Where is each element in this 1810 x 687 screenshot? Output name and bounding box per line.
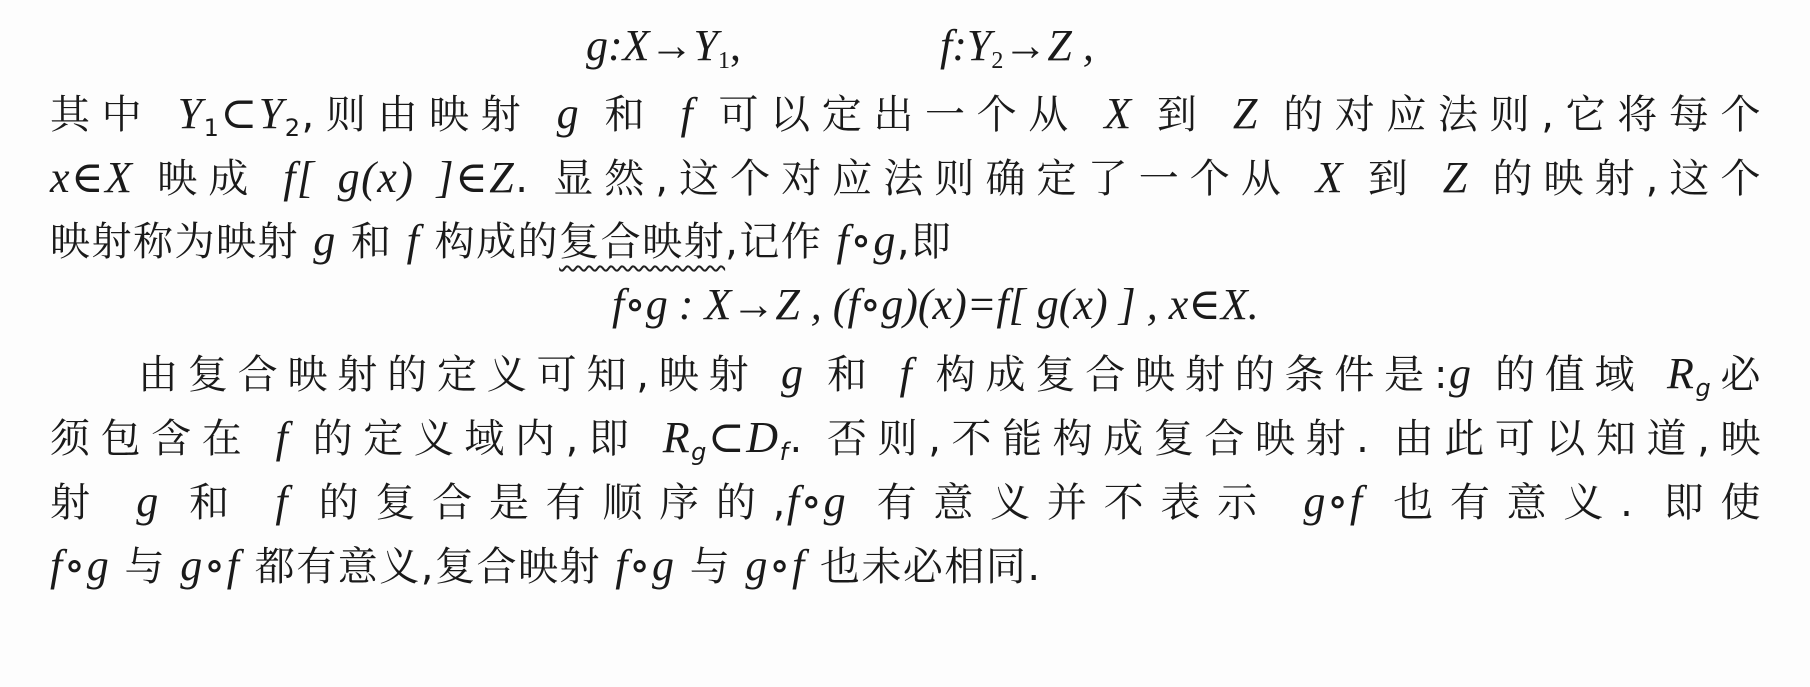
math: f∘g bbox=[50, 541, 110, 590]
text: . 显然,这个对应法则确定了一个从 bbox=[515, 156, 1315, 202]
math: g bbox=[781, 349, 805, 398]
math: f∘g bbox=[837, 216, 897, 265]
math: g∘f bbox=[745, 541, 805, 590]
formula-text: f:Y bbox=[940, 21, 991, 70]
text: 的复合是有顺序的, bbox=[289, 480, 787, 526]
paragraph-2-line-3: 射 g 和 f 的复合是有顺序的,f∘g 有意义并不表示 g∘f 也有意义. 即… bbox=[50, 470, 1762, 534]
math: g bbox=[557, 89, 581, 138]
text: 和 bbox=[160, 480, 276, 526]
math: X bbox=[105, 153, 133, 202]
text: 与 bbox=[110, 544, 180, 590]
paragraph-1-line-3: 映射称为映射 g 和 f 构成的复合映射,记作 f∘g,即 bbox=[50, 209, 1762, 273]
formula-mapping-g: g:X→Y1, bbox=[586, 14, 741, 78]
math: g∘f bbox=[1303, 477, 1363, 526]
formula-text: , bbox=[730, 21, 741, 70]
text: ,即 bbox=[897, 219, 953, 265]
text: 都有意义,复合映射 bbox=[241, 544, 616, 590]
textbook-page: g:X→Y1, f:Y2→Z , 其中 Y1⊂Y2,则由映射 g 和 f 可以定… bbox=[0, 0, 1810, 687]
text: 有意义并不表示 bbox=[847, 480, 1303, 526]
text: 构成的 bbox=[420, 219, 559, 265]
math: g bbox=[136, 477, 160, 526]
math: ∈ bbox=[455, 153, 489, 202]
text: 到 bbox=[1133, 92, 1233, 138]
formula-composite-definition: f∘g : X→Z , (f∘g)(x)=f[ g(x) ] , x∈X. bbox=[612, 273, 1259, 337]
paragraph-1-line-2: x∈X 映成 f[ g(x) ]∈Z. 显然,这个对应法则确定了一个从 X 到 … bbox=[50, 146, 1762, 210]
math: g∘f bbox=[180, 541, 240, 590]
text: 可以定出一个从 bbox=[694, 92, 1104, 138]
text: 到 bbox=[1344, 156, 1443, 202]
math: f∘g bbox=[615, 541, 675, 590]
formula-text: g:X→Y bbox=[586, 21, 718, 70]
text: 映成 bbox=[134, 156, 284, 202]
text: 必 bbox=[1712, 352, 1762, 398]
subscript: 1 bbox=[204, 114, 221, 142]
text: 和 bbox=[580, 92, 680, 138]
math: f bbox=[276, 413, 290, 462]
math: x bbox=[50, 153, 71, 202]
text: 的定义域内,即 bbox=[289, 416, 662, 462]
math: X bbox=[1104, 89, 1132, 138]
text: 的映射,这个 bbox=[1469, 156, 1762, 202]
paragraph-1-line-1: 其中 Y1⊂Y2,则由映射 g 和 f 可以定出一个从 X 到 Z 的对应法则,… bbox=[50, 82, 1762, 146]
subscript: g bbox=[691, 438, 708, 466]
math: f bbox=[680, 89, 694, 138]
math: g bbox=[1449, 349, 1473, 398]
text: ,则由映射 bbox=[301, 92, 556, 138]
math: Y bbox=[178, 89, 204, 138]
math: ⊂ bbox=[220, 89, 258, 138]
math: ⊂ bbox=[708, 413, 746, 462]
subscript: 1 bbox=[718, 48, 730, 74]
text: 须包含在 bbox=[50, 416, 276, 462]
math: Z bbox=[489, 153, 515, 202]
text: 映射称为映射 bbox=[50, 219, 313, 265]
text: 其中 bbox=[50, 92, 178, 138]
math: X bbox=[1316, 153, 1344, 202]
text: 由复合映射的定义可知,映射 bbox=[138, 352, 781, 398]
paragraph-2-line-1: 由复合映射的定义可知,映射 g 和 f 构成复合映射的条件是:g 的值域 Rg必 bbox=[50, 342, 1762, 406]
paragraph-2-line-2: 须包含在 f 的定义域内,即 Rg⊂Df. 否则,不能构成复合映射. 由此可以知… bbox=[50, 406, 1762, 470]
math: ∈ bbox=[71, 153, 105, 202]
subscript: 2 bbox=[991, 48, 1003, 74]
math: Z bbox=[1443, 153, 1469, 202]
text: 也有意义. 即使 bbox=[1364, 480, 1762, 526]
subscript: 2 bbox=[285, 114, 302, 142]
math: f bbox=[275, 477, 289, 526]
math: g bbox=[313, 216, 337, 265]
text: . 否则,不能构成复合映射. 由此可以知道,映 bbox=[790, 416, 1762, 462]
text: 与 bbox=[675, 544, 745, 590]
text: ,记作 bbox=[725, 219, 836, 265]
subscript: g bbox=[1695, 374, 1712, 402]
formula-text: f∘g : X→Z , (f∘g)(x)=f[ g(x) ] , x∈X. bbox=[612, 280, 1259, 329]
math: R bbox=[663, 413, 691, 462]
math: f∘g bbox=[787, 477, 847, 526]
formula-text: →Z , bbox=[1003, 21, 1093, 70]
math: f bbox=[899, 349, 913, 398]
formula-mapping-f: f:Y2→Z , bbox=[940, 14, 1094, 78]
math: D bbox=[746, 413, 779, 462]
text: 和 bbox=[805, 352, 900, 398]
text: 射 bbox=[50, 480, 136, 526]
math: f[ g(x) ] bbox=[283, 153, 455, 202]
math: Z bbox=[1233, 89, 1259, 138]
text: 也未必相同. bbox=[806, 544, 1042, 590]
math: R bbox=[1667, 349, 1695, 398]
text: 和 bbox=[337, 219, 407, 265]
subscript: f bbox=[780, 438, 790, 466]
text: 的对应法则,它将每个 bbox=[1259, 92, 1762, 138]
math: Y bbox=[259, 89, 285, 138]
math: f bbox=[407, 216, 421, 265]
paragraph-2-line-4: f∘g 与 g∘f 都有意义,复合映射 f∘g 与 g∘f 也未必相同. bbox=[50, 534, 1762, 598]
defined-term-composite-mapping: 复合映射 bbox=[559, 219, 725, 265]
text: 的值域 bbox=[1472, 352, 1667, 398]
text: 构成复合映射的条件是: bbox=[913, 352, 1449, 398]
